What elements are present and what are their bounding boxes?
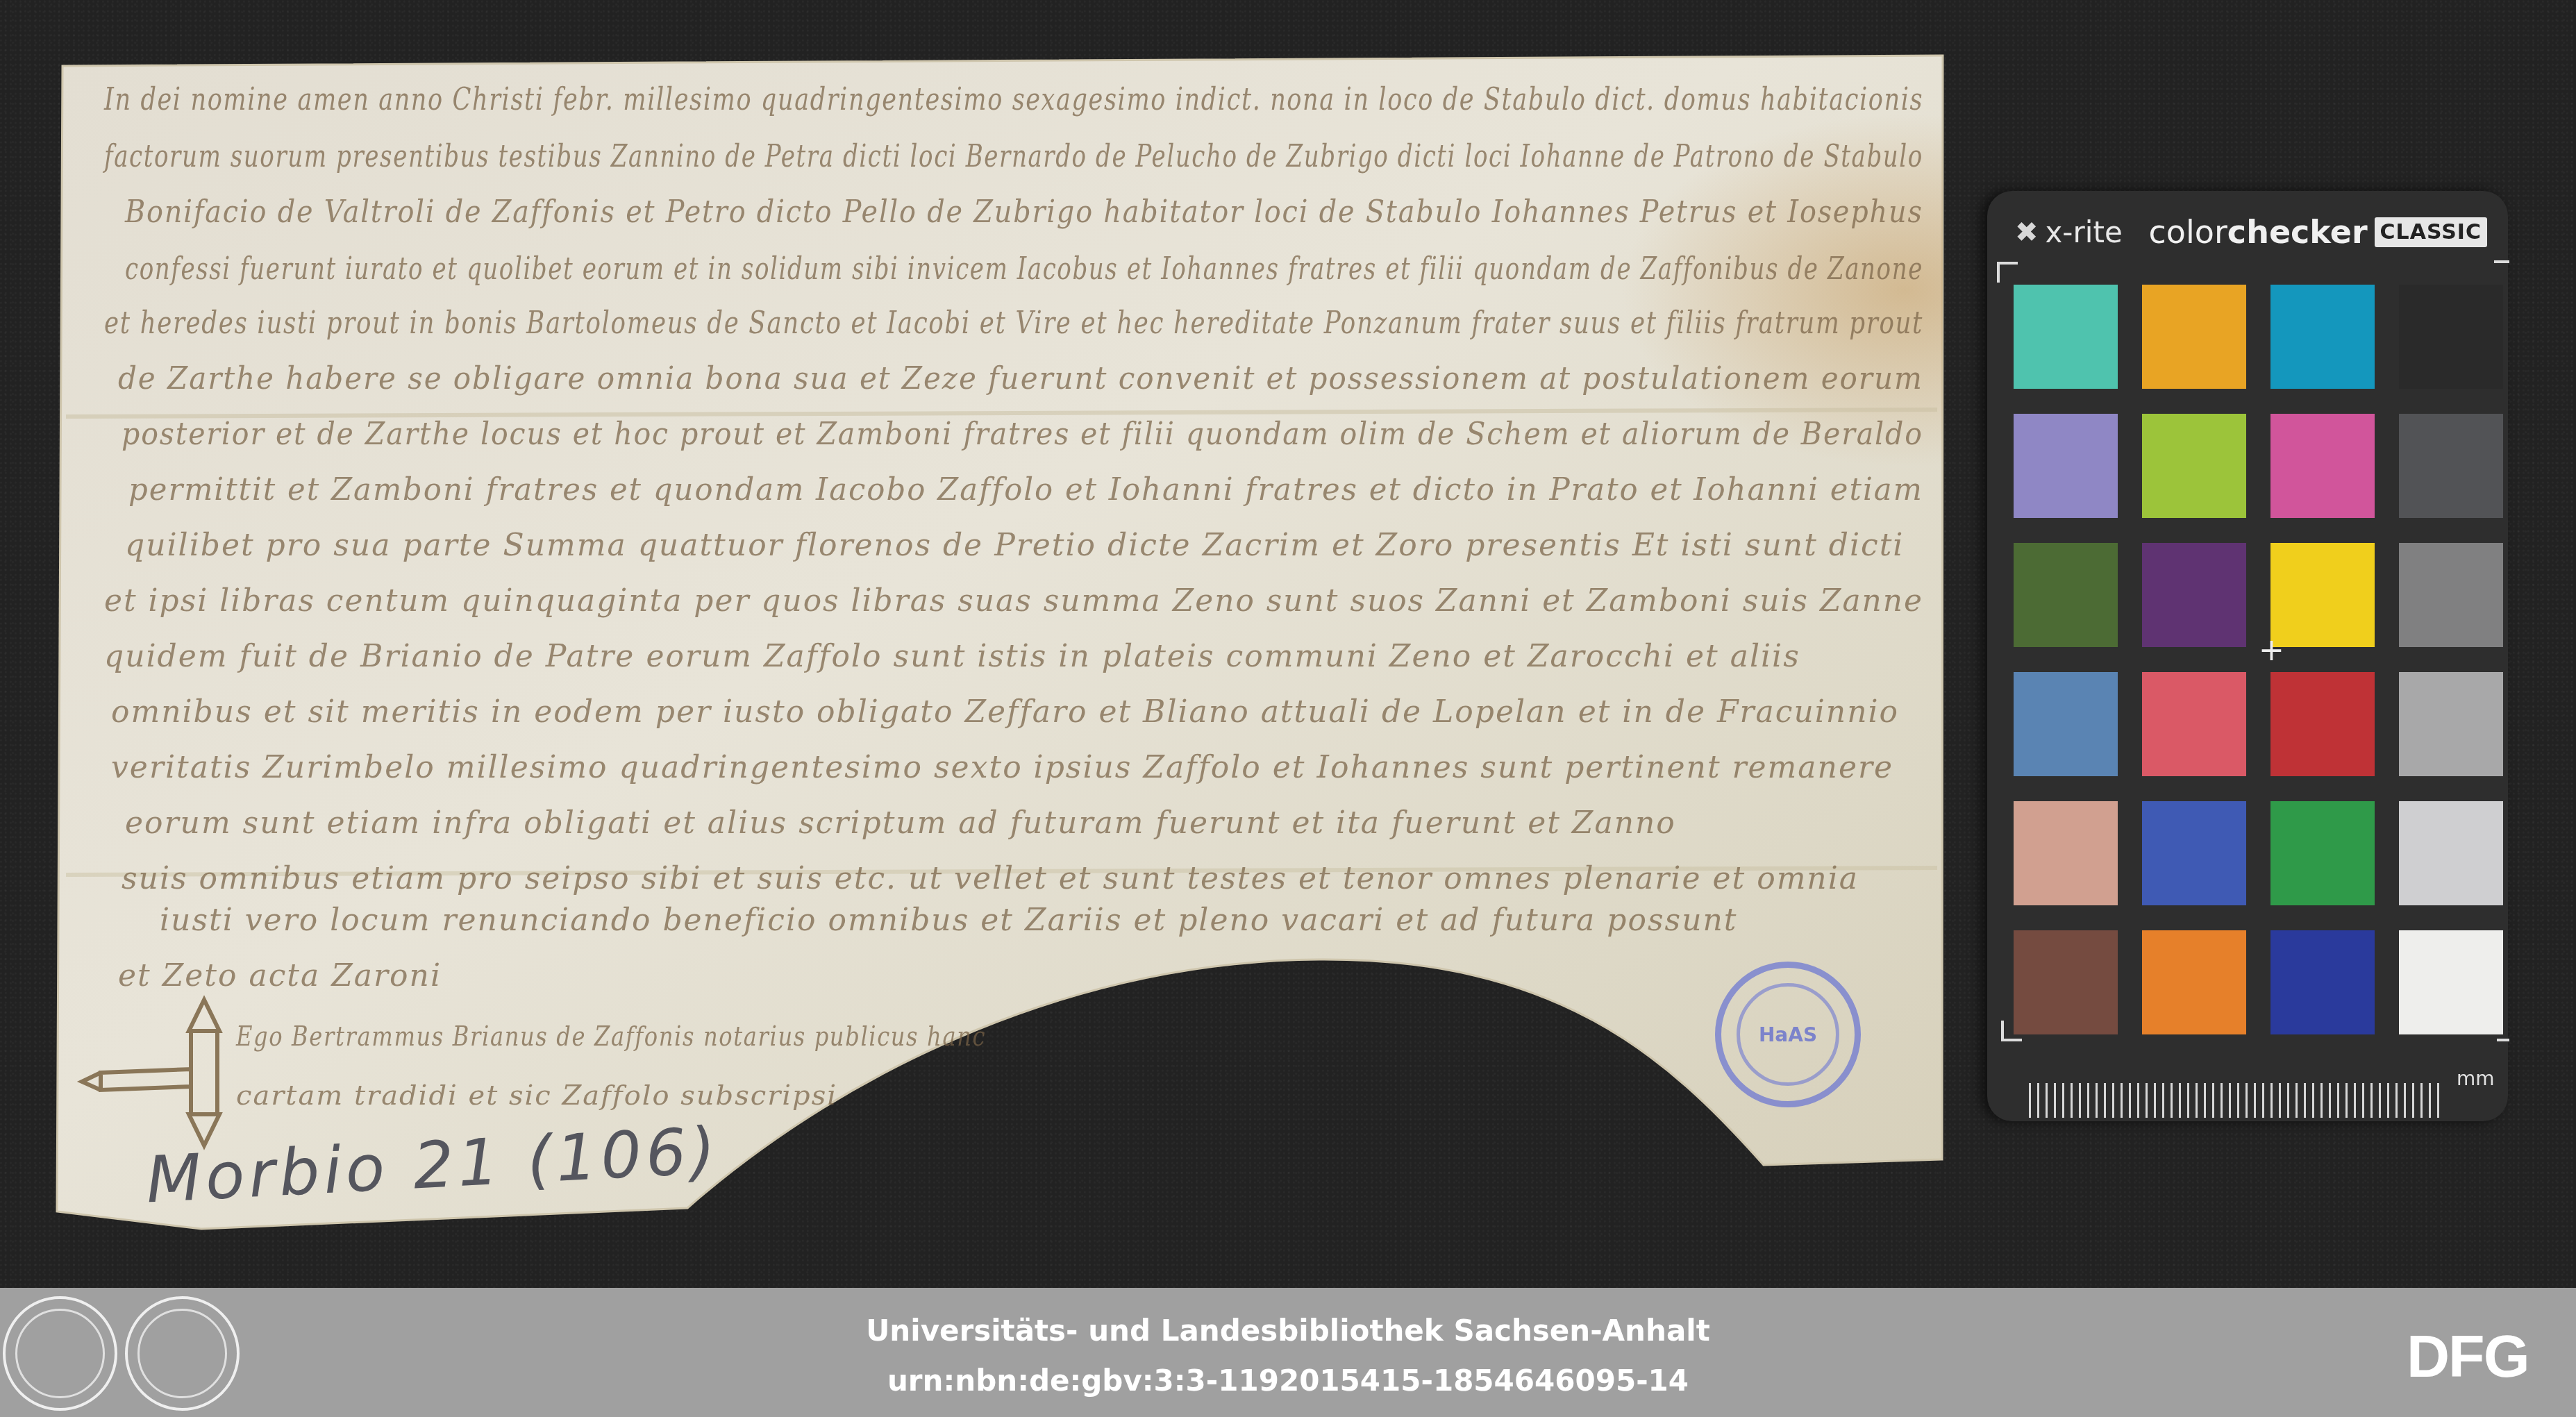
color-patch [2399, 543, 2503, 647]
color-patch [2270, 285, 2375, 389]
library-stamp-icon: HaAS [1715, 962, 1861, 1107]
script-line: et heredes iusti prout in bonis Bartolom… [104, 305, 1923, 341]
script-line: veritatis Zurimbelo millesimo quadringen… [111, 750, 1893, 785]
registration-mark-icon: + [2259, 635, 2284, 666]
stamp-text: HaAS [1721, 1023, 1855, 1046]
color-patch [2014, 801, 2118, 905]
urn-identifier: urn:nbn:de:gbv:3:3-1192015415-1854646095… [0, 1356, 2576, 1406]
crop-corner-icon [2494, 260, 2509, 281]
color-patch [2142, 285, 2246, 389]
product-title: color checker CLASSIC [2149, 213, 2487, 251]
script-line: Ego Bertrammus Brianus de Zaffonis notar… [236, 1021, 986, 1053]
color-patch [2399, 930, 2503, 1034]
color-patch [2014, 285, 2118, 389]
color-patch [2014, 930, 2118, 1034]
colorchecker-card: ✖ x-rite color checker CLASSIC + mm [1987, 191, 2508, 1121]
color-patch [2142, 930, 2246, 1034]
color-patch [2270, 672, 2375, 776]
color-patch [2142, 543, 2246, 647]
script-line: posterior et de Zarthe locus et hoc prou… [122, 417, 1923, 452]
color-patch [2014, 672, 2118, 776]
script-line: et Zeto acta Zaroni [118, 958, 442, 993]
color-patch [2270, 801, 2375, 905]
script-line: quidem fuit de Brianio de Patre eorum Za… [104, 639, 1800, 674]
classic-badge: CLASSIC [2375, 217, 2487, 247]
dfg-logo: DFG [2407, 1323, 2529, 1391]
color-patch [2270, 930, 2375, 1034]
color-patch [2399, 672, 2503, 776]
color-patch [2014, 414, 2118, 518]
color-patch [2014, 543, 2118, 647]
script-line: omnibus et sit meritis in eodem per iust… [111, 694, 1899, 730]
brand-name: x-rite [2046, 215, 2123, 249]
script-line: et ipsi libras centum quinquaginta per q… [104, 583, 1923, 619]
script-line: confessi fuerunt iurato et quolibet eoru… [125, 251, 1923, 287]
color-patch [2142, 801, 2246, 905]
script-line: Bonifacio de Valtroli de Zaffonis et Pet… [125, 194, 1923, 230]
color-patch [2270, 543, 2375, 647]
mm-ruler [2029, 1083, 2445, 1118]
footer-bar: Universitäts- und Landesbibliothek Sachs… [0, 1288, 2576, 1417]
xrite-mark-icon: ✖ [2015, 217, 2039, 249]
script-line: eorum sunt etiam infra obligati et alius… [125, 805, 1676, 841]
institution-name: Universitäts- und Landesbibliothek Sachs… [0, 1306, 2576, 1356]
color-patch [2142, 672, 2246, 776]
xrite-logo: ✖ x-rite [2015, 215, 2123, 249]
script-line: iusti vero locum renunciando beneficio o… [160, 903, 1738, 938]
color-patch [2399, 285, 2503, 389]
ruler-unit: mm [2457, 1067, 2495, 1090]
script-line: de Zarthe habere se obligare omnia bona … [118, 361, 1923, 396]
script-line: cartam tradidi et sic Zaffolo subscripsi [236, 1080, 837, 1112]
script-line: quilibet pro sua parte Summa quattuor fl… [125, 528, 1904, 563]
crop-corner-icon [1997, 262, 2018, 283]
color-patch [2270, 414, 2375, 518]
script-line: In dei nomine amen anno Christi febr. mi… [104, 82, 1555, 117]
script-line: permittit et Zamboni fratres et quondam … [128, 472, 1923, 508]
color-patch [2142, 414, 2246, 518]
color-patch [2399, 801, 2503, 905]
script-line: factorum suorum presentibus testibus Zan… [104, 139, 1923, 174]
color-patch [2399, 414, 2503, 518]
script-line: suis omnibus etiam pro seipso sibi et su… [122, 861, 1859, 896]
